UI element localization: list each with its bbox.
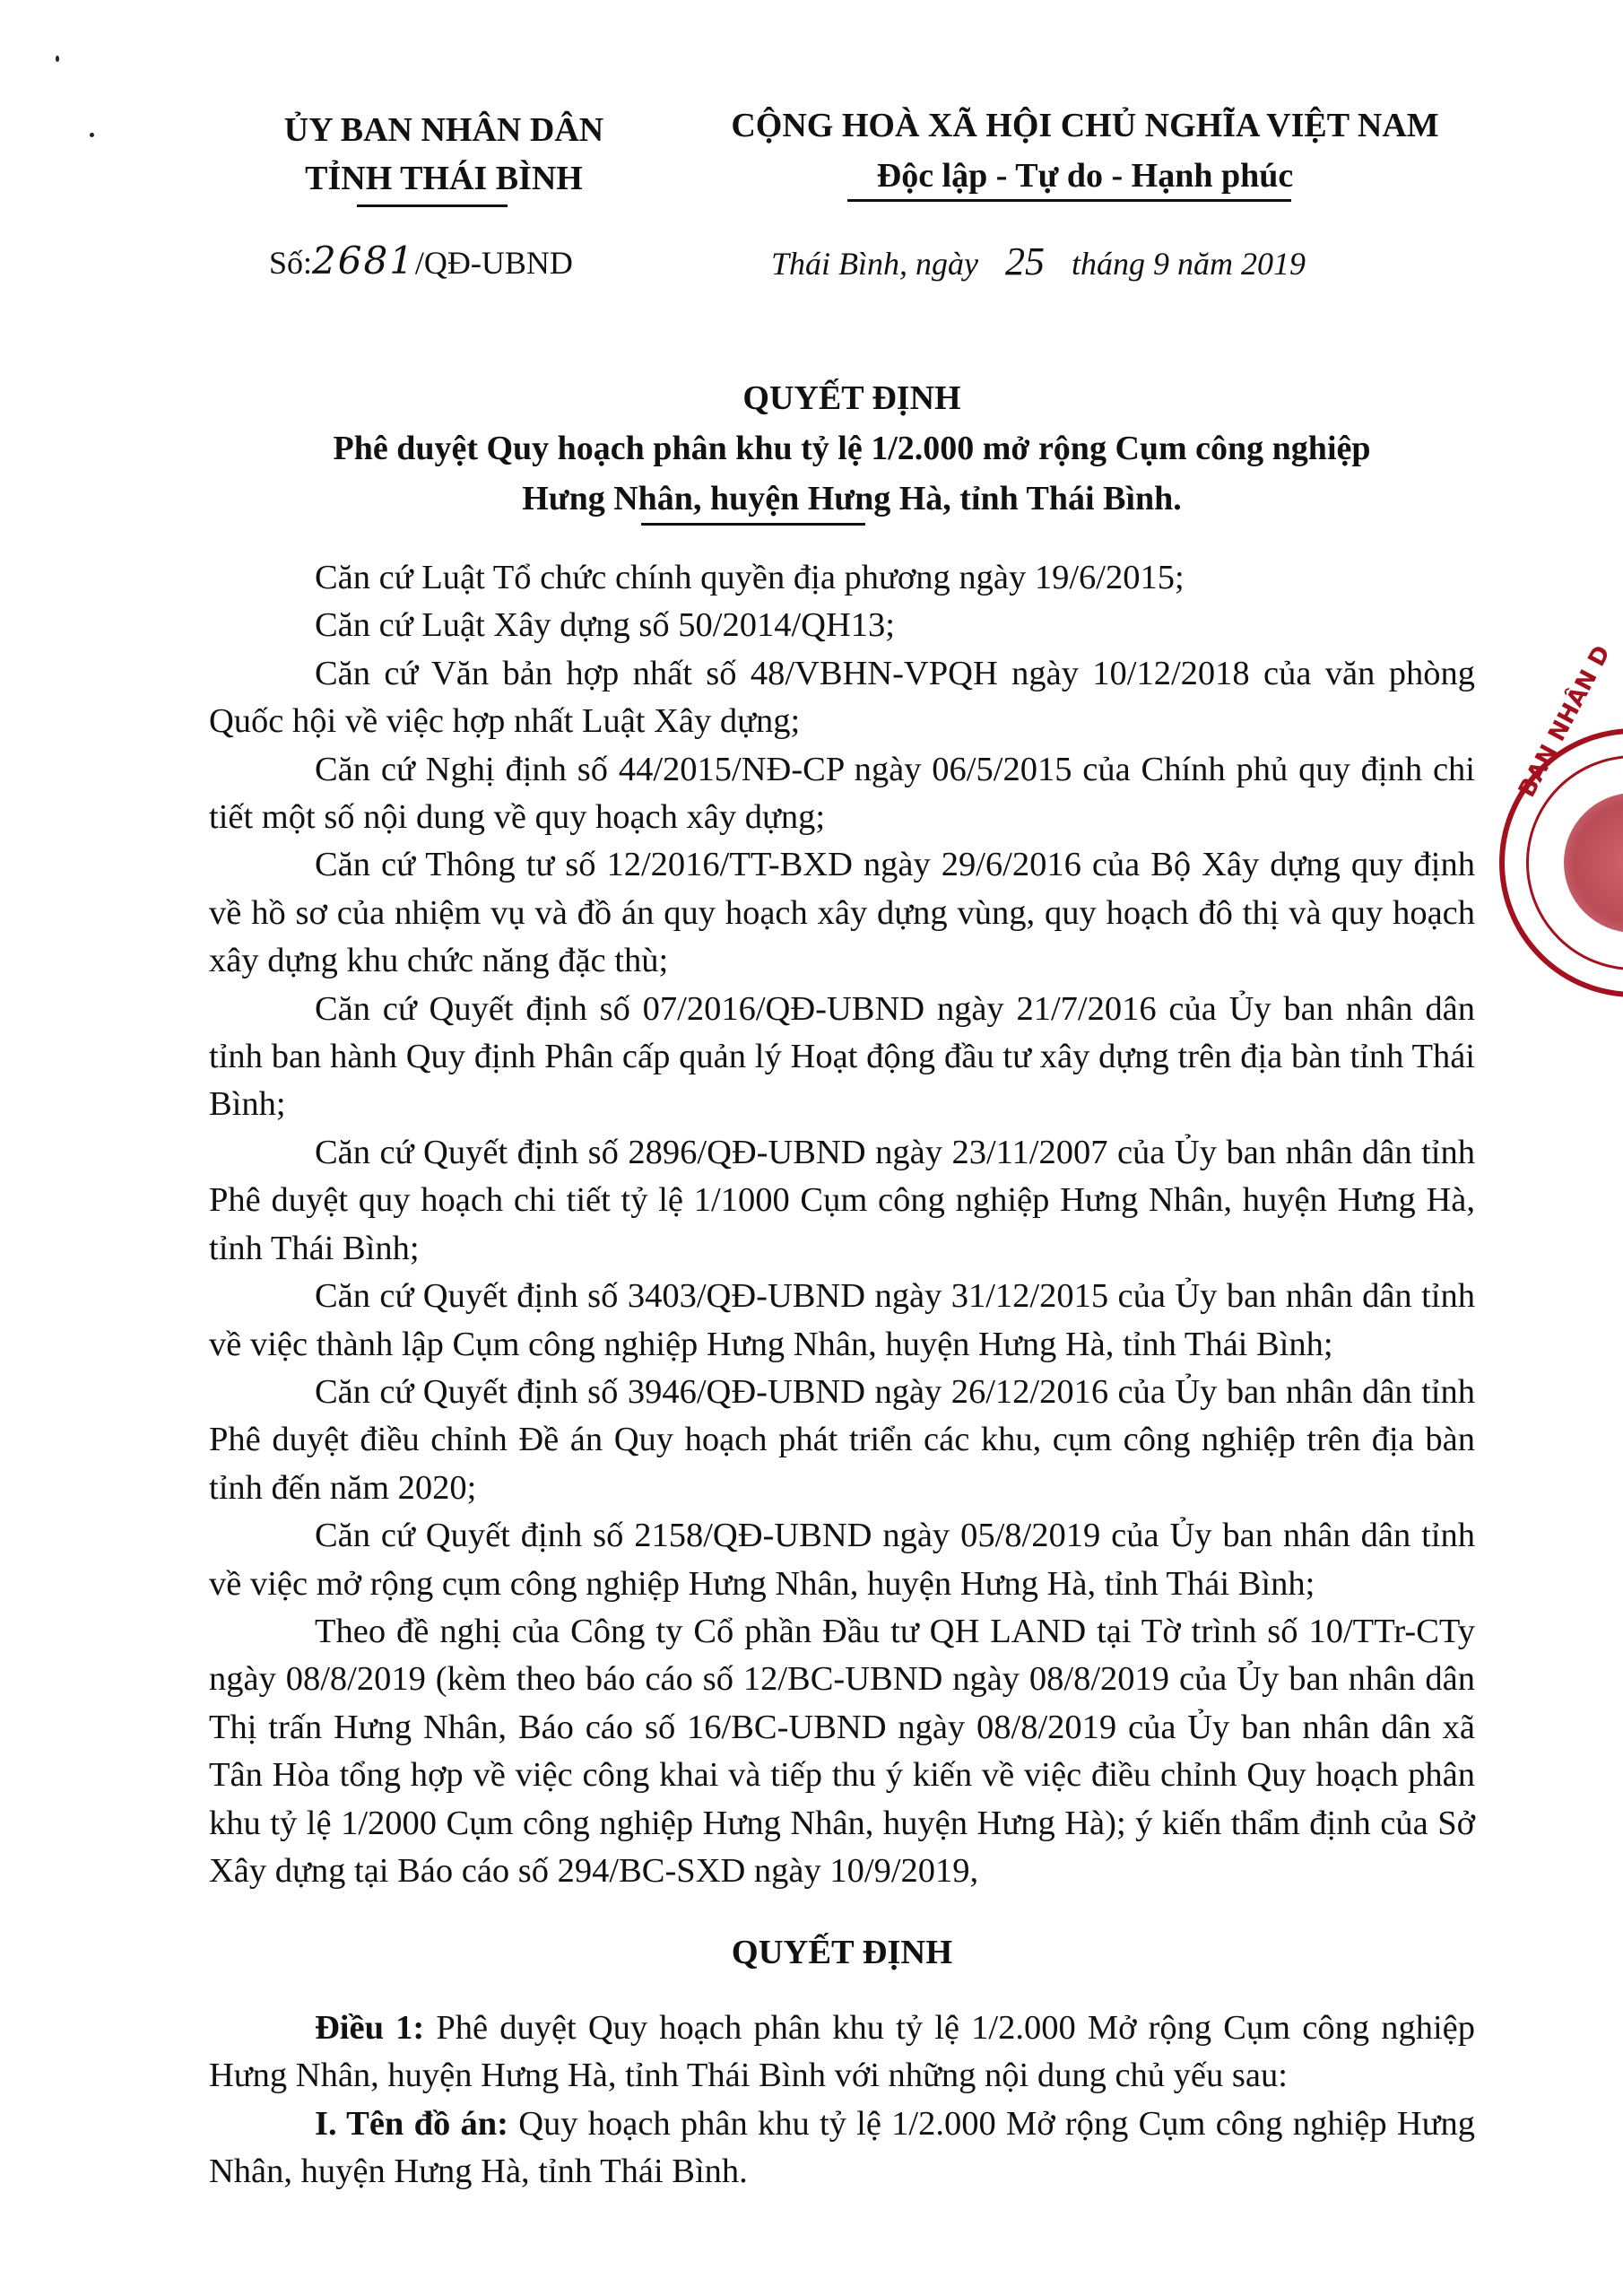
- document-number: Số:2681/QĐ-UBND: [269, 239, 573, 283]
- legal-basis: Căn cứ Văn bản hợp nhất số 48/VBHN-VPQH …: [209, 650, 1475, 746]
- authority-underline: [357, 204, 508, 207]
- proposal-basis: Theo đề nghị của Công ty Cổ phần Đầu tư …: [209, 1608, 1475, 1895]
- legal-basis: Căn cứ Quyết định số 3946/QĐ-UBND ngày 2…: [209, 1369, 1475, 1512]
- document-date: Thái Bình, ngày25tháng 9 năm 2019: [771, 239, 1306, 284]
- handwritten-day: 25: [1005, 239, 1045, 283]
- section-1: I. Tên đồ án: Quy hoạch phân khu tỷ lệ 1…: [209, 2100, 1475, 2196]
- title-heading: QUYẾT ĐỊNH: [206, 373, 1497, 423]
- date-suffix: tháng 9 năm 2019: [1072, 246, 1306, 282]
- article-1: Điều 1: Phê duyệt Quy hoạch phân khu tỷ …: [209, 2005, 1475, 2100]
- legal-basis: Căn cứ Luật Xây dựng số 50/2014/QH13;: [209, 602, 1475, 649]
- legal-basis: Căn cứ Nghị định số 44/2015/NĐ-CP ngày 0…: [209, 746, 1475, 842]
- decision-title: QUYẾT ĐỊNH Phê duyệt Quy hoạch phân khu …: [206, 373, 1497, 524]
- national-title: CỘNG HOÀ XÃ HỘI CHỦ NGHĨA VIỆT NAM Độc l…: [681, 100, 1488, 201]
- legal-basis: Căn cứ Quyết định số 07/2016/QĐ-UBND ngà…: [209, 986, 1475, 1129]
- national-motto: Độc lập - Tự do - Hạnh phúc: [681, 151, 1488, 201]
- legal-basis: Căn cứ Quyết định số 2896/QĐ-UBND ngày 2…: [209, 1129, 1475, 1273]
- number-suffix: /QĐ-UBND: [415, 245, 573, 281]
- scan-speck: [56, 56, 59, 62]
- legal-basis: Căn cứ Luật Tổ chức chính quyền địa phươ…: [209, 554, 1475, 602]
- authority-line2: TỈNH THÁI BÌNH: [233, 154, 655, 203]
- issuing-authority: ỦY BAN NHÂN DÂN TỈNH THÁI BÌNH: [233, 106, 655, 203]
- country-name: CỘNG HOÀ XÃ HỘI CHỦ NGHĨA VIỆT NAM: [681, 100, 1488, 151]
- article-1-label: Điều 1:: [315, 2009, 424, 2047]
- title-underline: [641, 523, 865, 526]
- motto-underline: [847, 199, 1291, 202]
- decision-heading: QUYẾT ĐỊNH: [209, 1929, 1475, 1977]
- number-prefix: Số:: [269, 245, 312, 281]
- legal-basis: Căn cứ Quyết định số 3403/QĐ-UBND ngày 3…: [209, 1273, 1475, 1369]
- handwritten-number: 2681: [312, 239, 415, 283]
- title-subtitle-line2: Hưng Nhân, huyện Hưng Hà, tỉnh Thái Bình…: [206, 474, 1497, 524]
- document-body: Căn cứ Luật Tổ chức chính quyền địa phươ…: [209, 554, 1475, 2196]
- scan-speck: [90, 133, 94, 137]
- authority-line1: ỦY BAN NHÂN DÂN: [233, 106, 655, 154]
- section-1-label: I. Tên đồ án:: [315, 2105, 508, 2143]
- legal-basis: Căn cứ Thông tư số 12/2016/TT-BXD ngày 2…: [209, 841, 1475, 985]
- date-prefix: Thái Bình, ngày: [771, 246, 978, 282]
- title-subtitle-line1: Phê duyệt Quy hoạch phân khu tỷ lệ 1/2.0…: [206, 423, 1497, 474]
- legal-basis: Căn cứ Quyết định số 2158/QĐ-UBND ngày 0…: [209, 1512, 1475, 1608]
- official-seal-stamp: [1499, 728, 1623, 997]
